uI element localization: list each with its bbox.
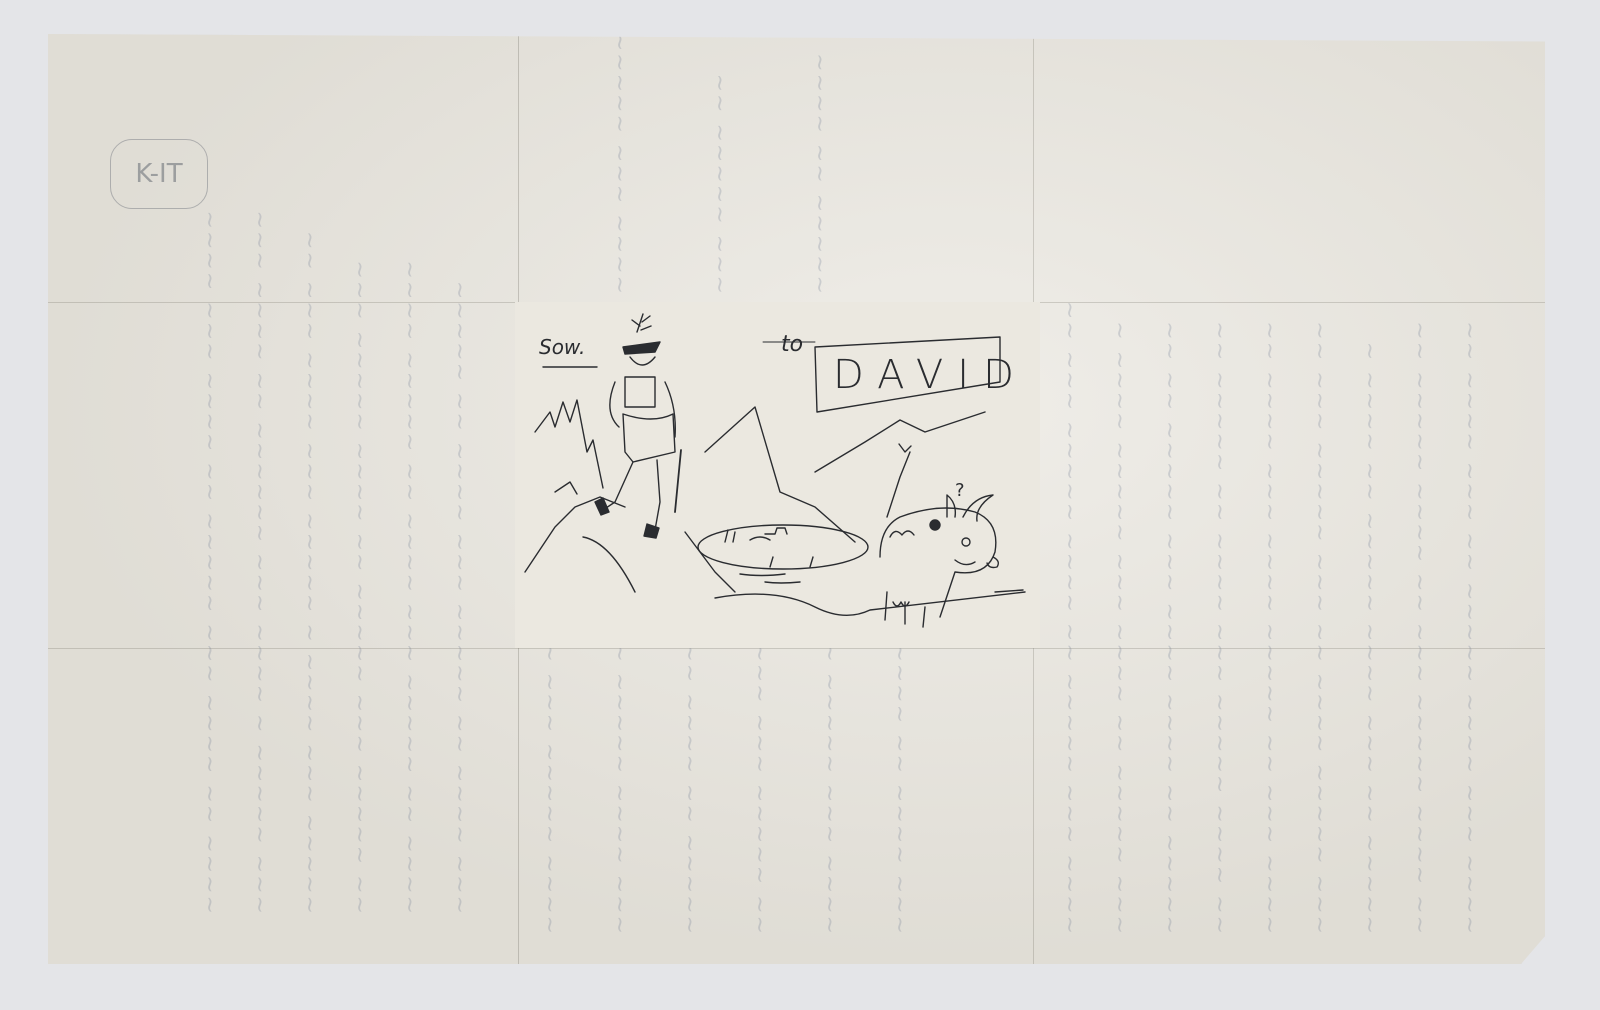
question-mark: ? [955, 480, 965, 501]
caption-sow: Sow. [539, 335, 585, 359]
pen-sketch-panel: Sow. to DAVID ? [515, 302, 1040, 648]
addressee-name: DAVID [833, 352, 1028, 398]
margin-stamp: K-IT [110, 139, 208, 209]
caption-to: to [781, 332, 803, 357]
